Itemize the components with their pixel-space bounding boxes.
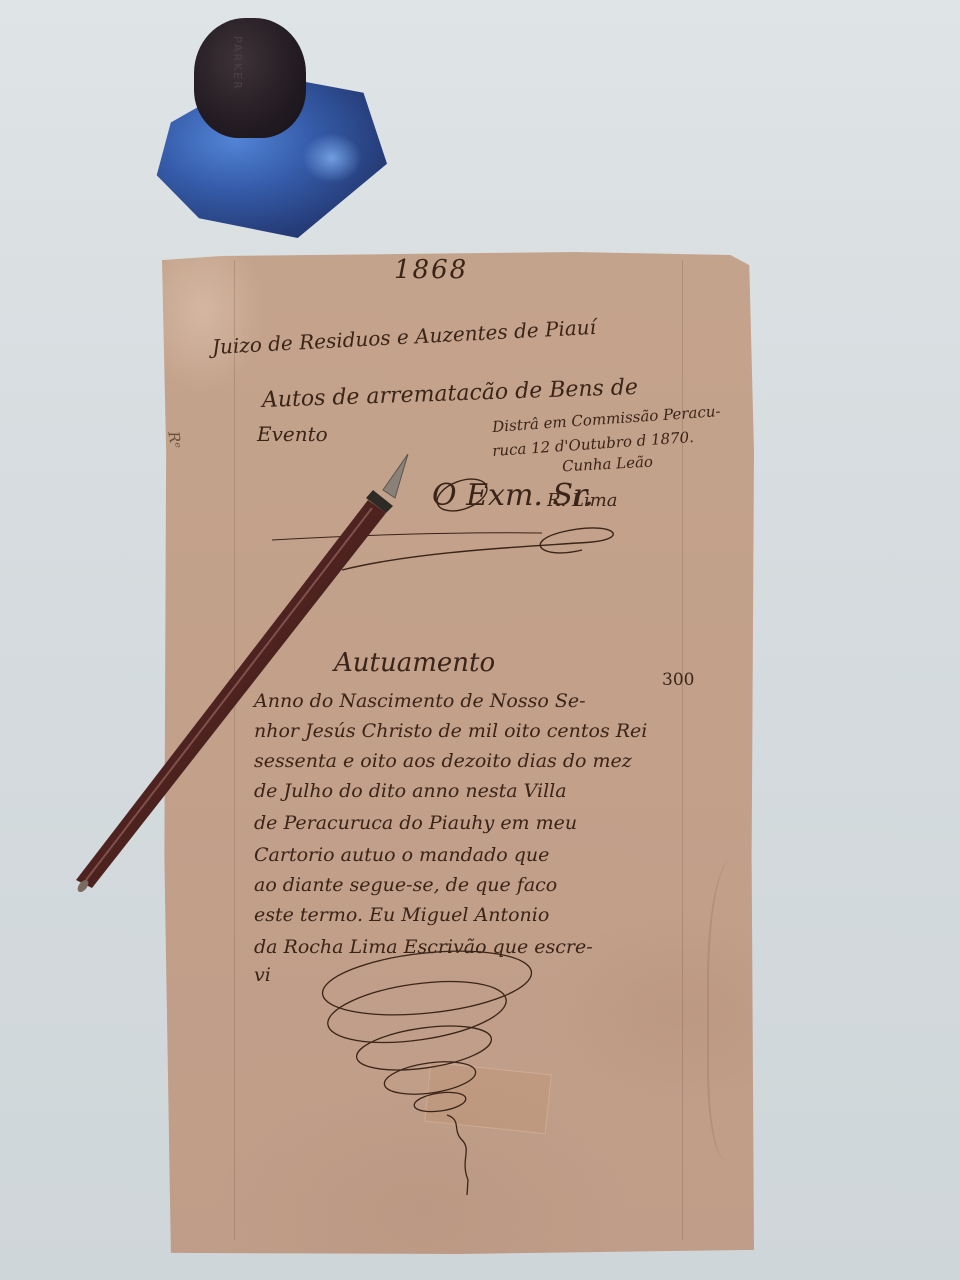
inkwell: PARKER [152, 18, 392, 238]
inkwell-cap [194, 18, 306, 138]
photo-scene: PARKER 1868 Juizo de Residuos e Auzentes… [0, 0, 960, 1280]
inkwell-cap-label: PARKER [231, 36, 244, 91]
pen-end-cap [76, 878, 91, 894]
inkwell-highlight [302, 133, 362, 183]
spiral-flourish [319, 942, 534, 1195]
signature-flourish [162, 250, 754, 1260]
manuscript-page: 1868 Juizo de Residuos e Auzentes de Pia… [162, 250, 754, 1260]
